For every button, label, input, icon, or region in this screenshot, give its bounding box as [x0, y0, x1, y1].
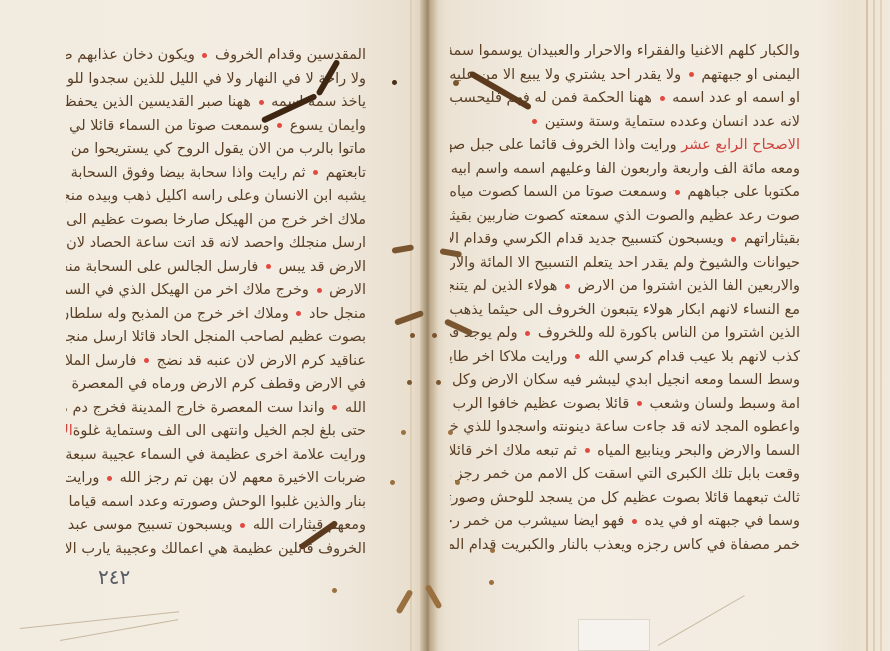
- verse-separator-dot: [202, 53, 207, 58]
- ink-drop: [436, 380, 441, 385]
- line-text: ماتوا بالرب من الان يقول الروح كي يستريح…: [66, 138, 366, 162]
- verse-separator-dot: [313, 170, 318, 175]
- manuscript-line: السما والارض والبحر وينابيع المياه ثم تب…: [450, 440, 800, 464]
- manuscript-line: وايمان يسوع وسمعت صوتا من السماء قائلا ل…: [66, 115, 366, 139]
- manuscript-line: وسط السما ومعه انجيل ابدي ليبشر فيه سكان…: [450, 369, 800, 393]
- ink-drop: [490, 548, 495, 553]
- manuscript-line: الذين اشتروا من الناس باكورة لله وللخروف…: [450, 322, 800, 346]
- verse-separator-dot: [266, 264, 271, 269]
- line-text: بصوت عظيم لصاحب المنجل الحاد قائلا ارسل …: [66, 326, 366, 350]
- manuscript-line: الخروف قائلين عظيمة هي اعمالك وعجيبة يار…: [66, 538, 366, 562]
- page-edge: [880, 0, 882, 651]
- line-text: ورايت علامة اخرى عظيمة في السماء عجيبة س…: [66, 444, 366, 468]
- manuscript-line: مع النساء لانهم ابكار هولاء يتبعون الخرو…: [450, 299, 800, 323]
- ink-drop: [401, 430, 406, 435]
- line-text: وسما في جبهته او في يده فهو ايضا سيشرب م…: [450, 510, 800, 534]
- paper-crease: [20, 611, 179, 629]
- manuscript-line: الارض وخرج ملاك اخر من الهيكل الذي في ال…: [66, 279, 366, 303]
- line-text: حتى بلغ لجم الخيل وانتهى الى الف وستماية…: [66, 420, 366, 444]
- line-text: تابعتهم ثم رايت واذا سحابة بيضا وفوق الس…: [66, 162, 366, 186]
- manuscript-line: يشبه ابن الانسان وعلى راسه اكليل ذهب وبي…: [66, 185, 366, 209]
- line-text: اليمنى او جبهتهم ولا يقدر احد يشتري ولا …: [450, 64, 800, 88]
- line-text: وايمان يسوع وسمعت صوتا من السماء قائلا ل…: [66, 115, 366, 139]
- line-text: وسط السما ومعه انجيل ابدي ليبشر فيه سكان…: [452, 369, 800, 393]
- manuscript-line: مكتوبا على جباههم وسمعت صوتا من السما كص…: [450, 181, 800, 205]
- line-text: والكبار كلهم الاغنيا والفقراء والاحرار و…: [450, 40, 800, 64]
- binding-gutter: [420, 0, 438, 651]
- line-text: الارض وخرج ملاك اخر من الهيكل الذي في ال…: [66, 279, 366, 303]
- verse-separator-dot: [107, 476, 112, 481]
- line-text: بنار والذين غلبوا الوحش وصورته وعدد اسمه…: [66, 491, 366, 515]
- line-text: صوت رعد عظيم والصوت الذي سمعته كصوت ضارب…: [450, 205, 800, 229]
- line-text: بقيثاراتهم ويسبحون كتسبيح جديد قدام الكر…: [450, 228, 800, 252]
- page-edge: [410, 0, 412, 651]
- verse-separator-dot: [632, 519, 637, 524]
- ink-drop: [453, 80, 459, 86]
- manuscript-line: ثالث تبعهما قائلا بصوت عظيم كل من يسجد ل…: [450, 487, 800, 511]
- line-text: حيوانات والشيوخ ولم يقدر احد يتعلم التسب…: [450, 252, 800, 276]
- line-text: يشبه ابن الانسان وعلى راسه اكليل ذهب وبي…: [66, 185, 366, 209]
- verse-separator-dot: [525, 331, 530, 336]
- line-text: لانه عدد انسان وعدده ستماية وستة وستين: [529, 111, 800, 135]
- manuscript-line: والاربعين الفا الذين اشتروا من الارض هول…: [450, 275, 800, 299]
- manuscript-line: لانه عدد انسان وعدده ستماية وستة وستين: [450, 111, 800, 135]
- line-text: كذب لانهم بلا عيب قدام كرسي الله ورايت م…: [450, 346, 800, 370]
- manuscript-line: اليمنى او جبهتهم ولا يقدر احد يشتري ولا …: [450, 64, 800, 88]
- manuscript-line: ومعه مائة الف واربعة واربعون الفا وعليهم…: [450, 158, 800, 182]
- manuscript-line: خمر مصفاة في كاس رجزه ويعذب بالنار والكب…: [450, 534, 800, 558]
- verse-separator-dot: [660, 96, 665, 101]
- manuscript-line: حيوانات والشيوخ ولم يقدر احد يتعلم التسب…: [450, 252, 800, 276]
- line-text: الله واندا ست المعصرة خارج المدينة فخرج …: [66, 397, 366, 421]
- manuscript-line: ارسل منجلك واحصد لانه قد اتت ساعة الحصاد…: [66, 232, 366, 256]
- rubric-heading: الاصحاح الخامس عشر: [66, 423, 73, 439]
- manuscript-line: والكبار كلهم الاغنيا والفقراء والاحرار و…: [450, 40, 800, 64]
- manuscript-line: امة وسبط ولسان وشعب قائلا بصوت عظيم خافو…: [450, 393, 800, 417]
- manuscript-line: الله واندا ست المعصرة خارج المدينة فخرج …: [66, 397, 366, 421]
- verse-separator-dot: [565, 284, 570, 289]
- manuscript-line: في الارض وقطف كرم الارض ورماه في المعصرة…: [66, 373, 366, 397]
- line-text: مكتوبا على جباههم وسمعت صوتا من السما كص…: [450, 181, 800, 205]
- ink-drop: [448, 430, 453, 435]
- line-text: امة وسبط ولسان وشعب قائلا بصوت عظيم خافو…: [453, 393, 800, 417]
- line-text: المقدسين وقدام الخروف ويكون دخان عذابهم …: [66, 44, 366, 68]
- line-text: عناقيد كرم الارض لان عنبه قد نضج فارسل ا…: [66, 350, 366, 374]
- page-edge: [866, 0, 868, 651]
- verse-separator-dot: [296, 311, 301, 316]
- page-edge: [873, 0, 875, 651]
- ink-drop: [432, 333, 437, 338]
- verse-separator-dot: [689, 72, 694, 77]
- line-text: ملاك اخر خرج من الهيكل صارخا بصوت عظيم ا…: [66, 209, 366, 233]
- manuscript-spread: المقدسين وقدام الخروف ويكون دخان عذابهم …: [0, 0, 890, 651]
- line-text: ارسل منجلك واحصد لانه قد اتت ساعة الحصاد…: [66, 232, 366, 256]
- verse-separator-dot: [731, 237, 736, 242]
- line-text: منجل حاد وملاك اخر خرج من المذبح وله سلط…: [66, 303, 366, 327]
- manuscript-line: المقدسين وقدام الخروف ويكون دخان عذابهم …: [66, 44, 366, 68]
- ink-drop: [332, 588, 337, 593]
- verse-separator-dot: [332, 405, 337, 410]
- manuscript-line: حتى بلغ لجم الخيل وانتهى الى الف وستماية…: [66, 420, 366, 444]
- manuscript-line: منجل حاد وملاك اخر خرج من المذبح وله سلط…: [66, 303, 366, 327]
- manuscript-line: الاصحاح الرابع عشر ورايت واذا الخروف قائ…: [450, 134, 800, 158]
- paper-crease: [658, 595, 745, 646]
- manuscript-line: الارض قد يبس فارسل الجالس على السحابة من…: [66, 256, 366, 280]
- manuscript-line: بقيثاراتهم ويسبحون كتسبيح جديد قدام الكر…: [450, 228, 800, 252]
- manuscript-line: بصوت عظيم لصاحب المنجل الحاد قائلا ارسل …: [66, 326, 366, 350]
- ink-drop: [410, 333, 415, 338]
- right-text-block: والكبار كلهم الاغنيا والفقراء والاحرار و…: [450, 40, 800, 557]
- manuscript-line: ملاك اخر خرج من الهيكل صارخا بصوت عظيم ا…: [66, 209, 366, 233]
- line-text: الارض قد يبس فارسل الجالس على السحابة من…: [66, 256, 366, 280]
- line-text: خمر مصفاة في كاس رجزه ويعذب بالنار والكب…: [450, 534, 800, 558]
- line-text: والاربعين الفا الذين اشتروا من الارض هول…: [450, 275, 800, 299]
- folio-number: ٢٤٢: [98, 565, 130, 589]
- line-text: ضربات الاخيرة معهم لان بهن تم رجز الله و…: [66, 467, 366, 491]
- line-text: الخروف قائلين عظيمة هي اعمالك وعجيبة يار…: [66, 538, 366, 562]
- verse-separator-dot: [144, 358, 149, 363]
- verse-separator-dot: [585, 448, 590, 453]
- ink-drop: [392, 80, 397, 85]
- ink-drop: [407, 380, 412, 385]
- paper-tab: [578, 619, 650, 651]
- manuscript-line: ضربات الاخيرة معهم لان بهن تم رجز الله و…: [66, 467, 366, 491]
- verse-separator-dot: [240, 523, 245, 528]
- ink-drop: [390, 480, 395, 485]
- ink-drop: [455, 480, 460, 485]
- manuscript-line: ماتوا بالرب من الان يقول الروح كي يستريح…: [66, 138, 366, 162]
- line-text: وقعت بابل تلك الكبرى التي اسقت كل الامم …: [450, 463, 800, 487]
- line-text: الذين اشتروا من الناس باكورة لله وللخروف…: [450, 322, 800, 346]
- line-text: في الارض وقطف كرم الارض ورماه في المعصرة…: [66, 373, 366, 397]
- left-page: المقدسين وقدام الخروف ويكون دخان عذابهم …: [0, 0, 428, 651]
- right-page: والكبار كلهم الاغنيا والفقراء والاحرار و…: [428, 0, 890, 651]
- verse-separator-dot: [637, 401, 642, 406]
- manuscript-line: واعطوه المجد لانه قد جاءت ساعة دينونته و…: [450, 416, 800, 440]
- verse-separator-dot: [675, 190, 680, 195]
- ink-drop: [489, 580, 494, 585]
- verse-separator-dot: [317, 288, 322, 293]
- manuscript-line: صوت رعد عظيم والصوت الذي سمعته كصوت ضارب…: [450, 205, 800, 229]
- line-text: السما والارض والبحر وينابيع المياه ثم تب…: [450, 440, 800, 464]
- line-text: مع النساء لانهم ابكار هولاء يتبعون الخرو…: [450, 299, 800, 323]
- verse-separator-dot: [259, 100, 264, 105]
- rubric-heading: الاصحاح الرابع عشر: [677, 137, 800, 153]
- manuscript-line: عناقيد كرم الارض لان عنبه قد نضج فارسل ا…: [66, 350, 366, 374]
- manuscript-line: وقعت بابل تلك الكبرى التي اسقت كل الامم …: [450, 463, 800, 487]
- verse-separator-dot: [277, 123, 282, 128]
- left-text-block: المقدسين وقدام الخروف ويكون دخان عذابهم …: [66, 44, 366, 561]
- manuscript-line: وسما في جبهته او في يده فهو ايضا سيشرب م…: [450, 510, 800, 534]
- verse-separator-dot: [532, 119, 537, 124]
- line-text: ثالث تبعهما قائلا بصوت عظيم كل من يسجد ل…: [450, 487, 800, 511]
- manuscript-line: ورايت علامة اخرى عظيمة في السماء عجيبة س…: [66, 444, 366, 468]
- line-text: الاصحاح الرابع عشر ورايت واذا الخروف قائ…: [450, 134, 800, 158]
- verse-separator-dot: [575, 354, 580, 359]
- line-text: واعطوه المجد لانه قد جاءت ساعة دينونته و…: [450, 416, 800, 440]
- manuscript-line: بنار والذين غلبوا الوحش وصورته وعدد اسمه…: [66, 491, 366, 515]
- line-text: ومعه مائة الف واربعة واربعون الفا وعليهم…: [451, 158, 800, 182]
- manuscript-line: تابعتهم ثم رايت واذا سحابة بيضا وفوق الس…: [66, 162, 366, 186]
- manuscript-line: كذب لانهم بلا عيب قدام كرسي الله ورايت م…: [450, 346, 800, 370]
